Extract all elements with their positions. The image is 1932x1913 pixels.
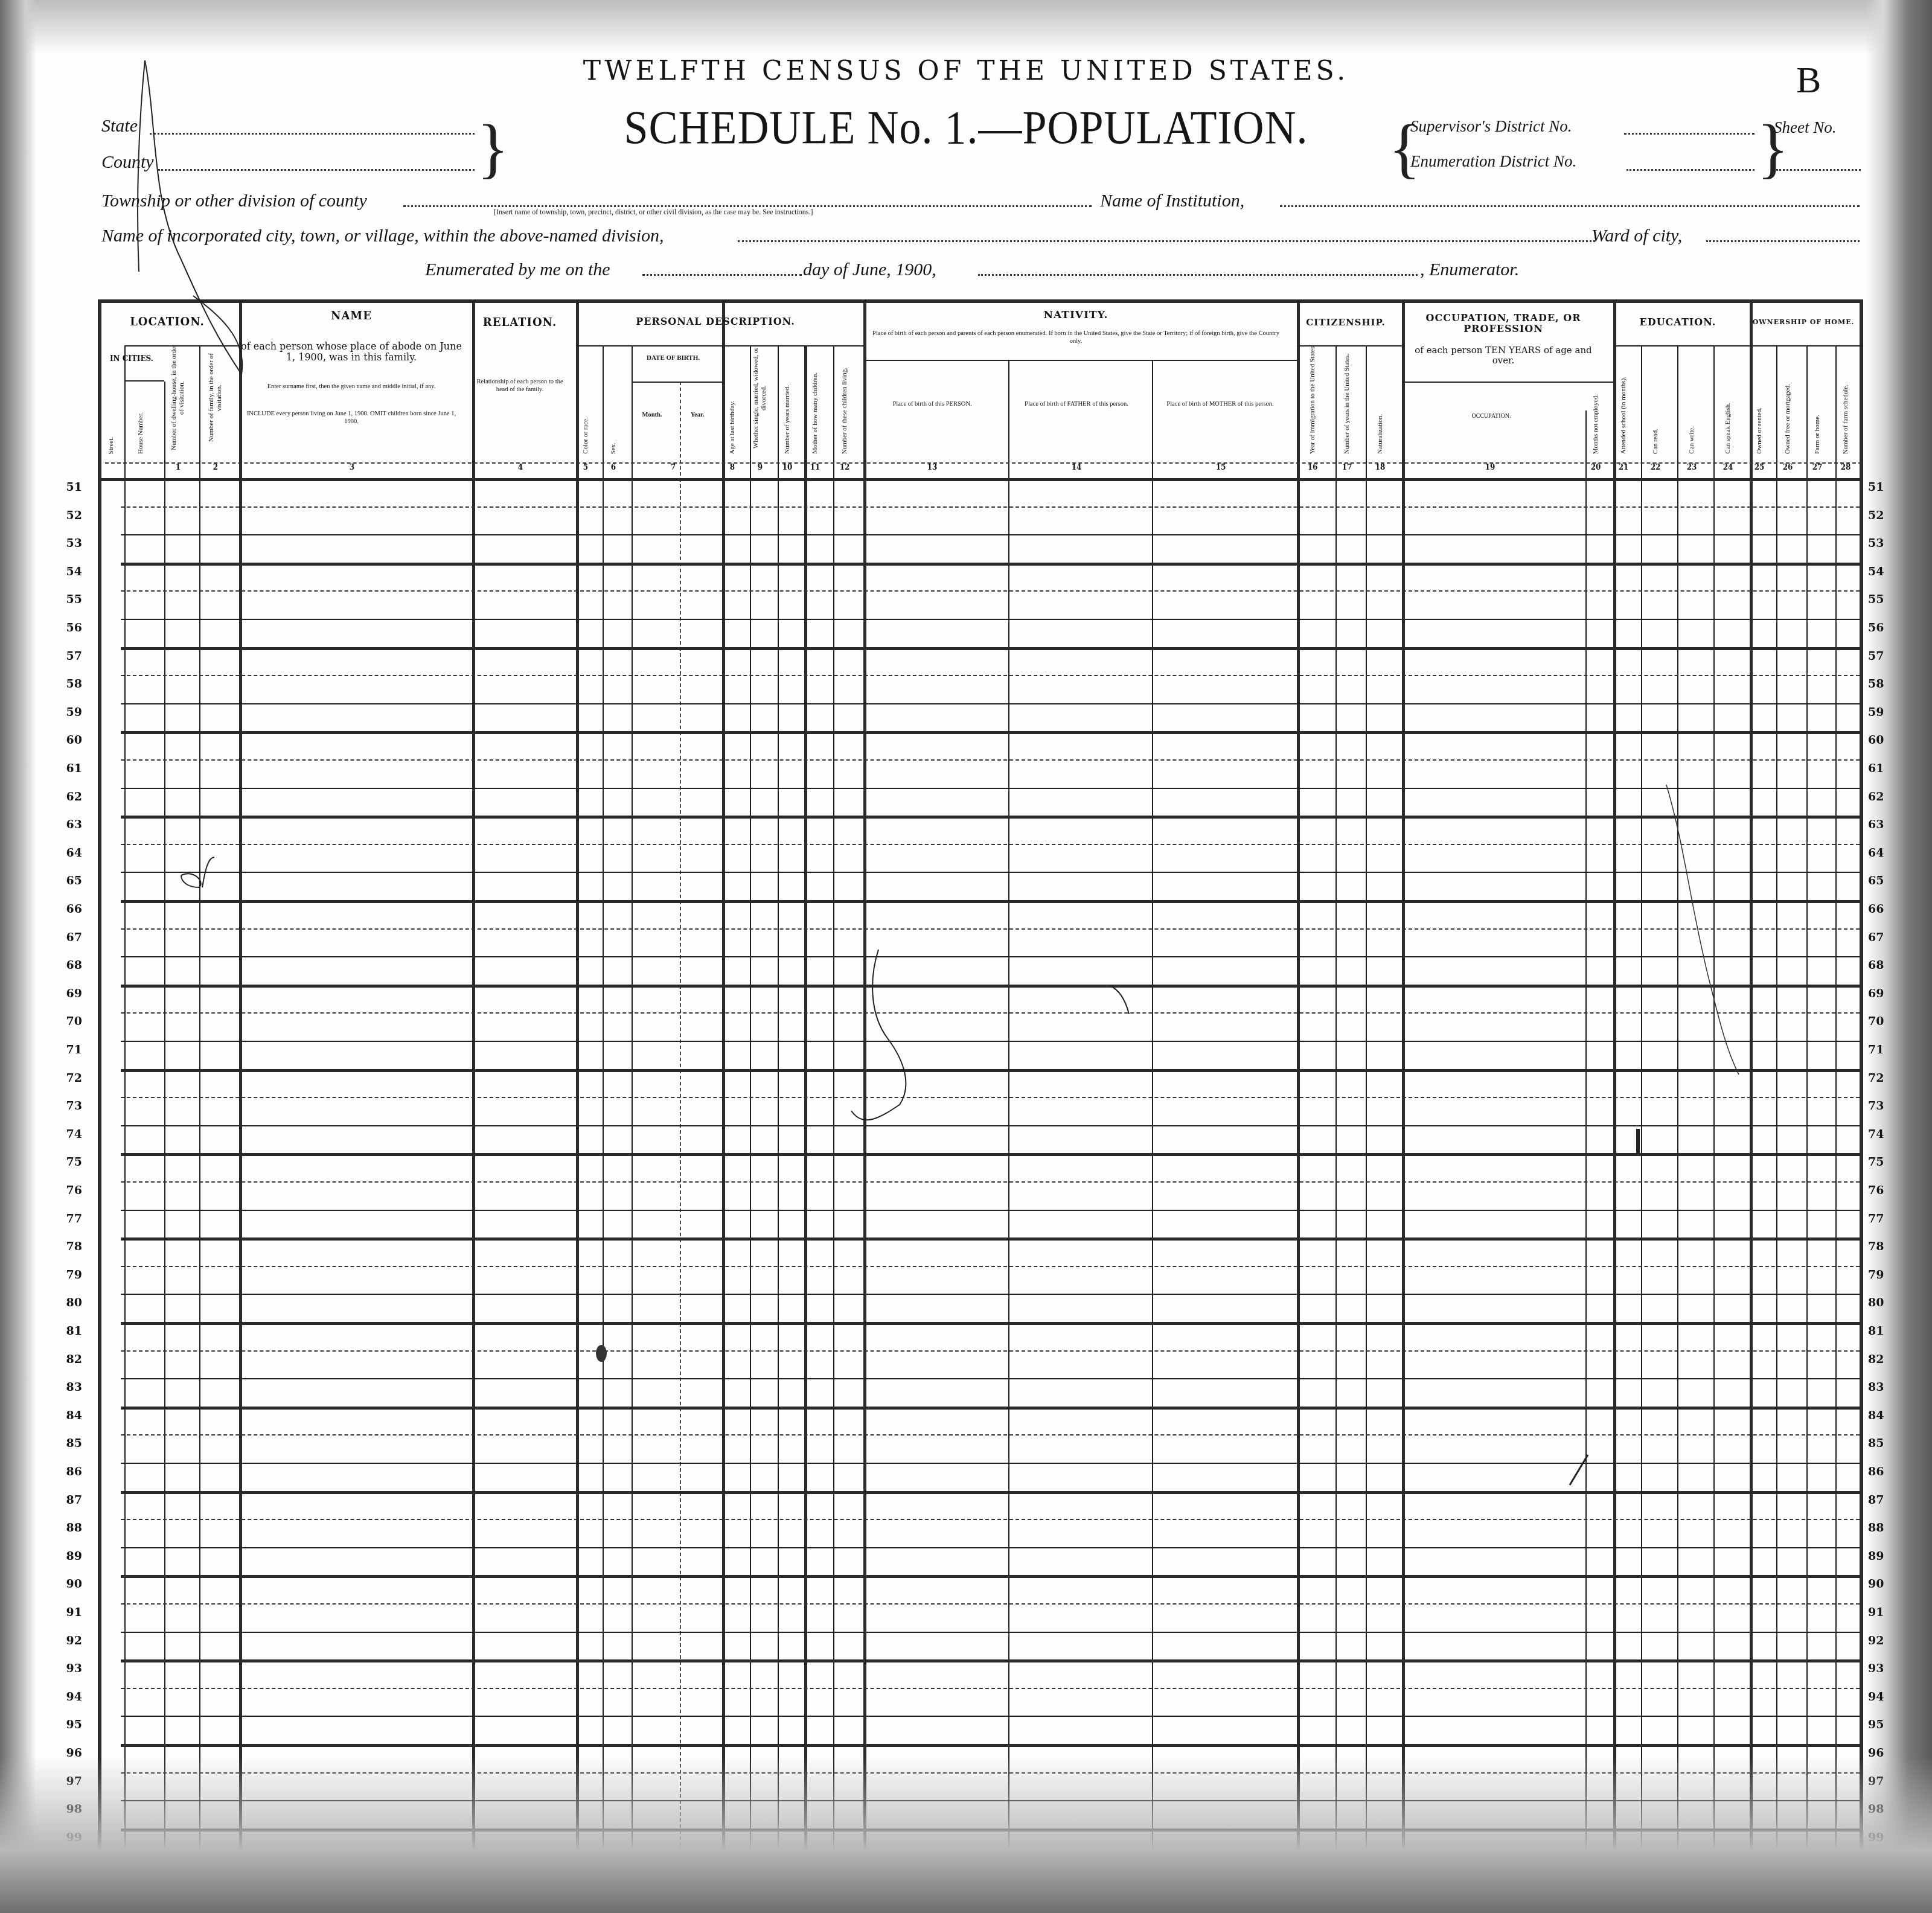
- pen-marks: [0, 0, 1932, 1913]
- scan-edge-bottom: [0, 1756, 1932, 1913]
